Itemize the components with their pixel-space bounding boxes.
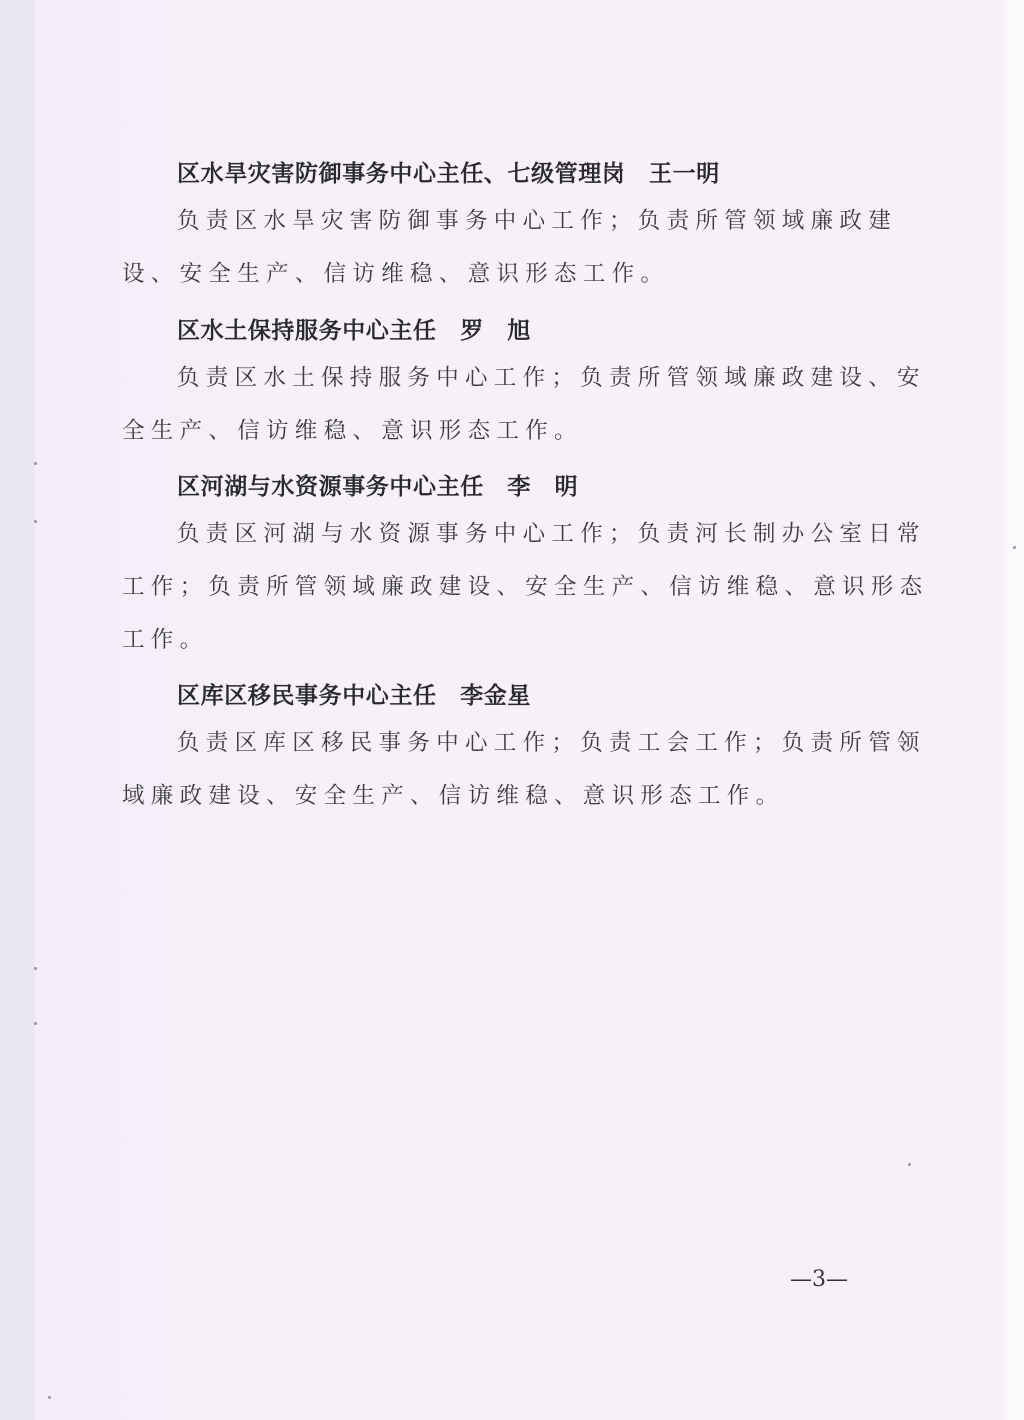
section-heading-resettlement: 区库区移民事务中心主任 李金星 [177, 677, 531, 710]
scan-speck [48, 1396, 51, 1399]
body-line: 负责区水土保持服务中心工作；负责所管领域廉政建设、安 [122, 352, 868, 405]
body-line: 工作。 [122, 614, 868, 667]
document-page: 区水旱灾害防御事务中心主任、七级管理岗 王一明 负责区水旱灾害防御事务中心工作；… [0, 0, 1024, 1420]
section-body-resettlement: 负责区库区移民事务中心工作；负责工会工作；负责所管领 域廉政建设、安全生产、信访… [122, 717, 868, 823]
scan-speck [1013, 546, 1016, 549]
body-line: 域廉政建设、安全生产、信访维稳、意识形态工作。 [122, 770, 868, 823]
body-line: 全生产、信访维稳、意识形态工作。 [122, 405, 868, 458]
section-heading-rivers-lakes: 区河湖与水资源事务中心主任 李 明 [177, 468, 578, 501]
section-body-flood-control: 负责区水旱灾害防御事务中心工作；负责所管领域廉政建 设、安全生产、信访维稳、意识… [122, 195, 868, 301]
body-line: 负责区河湖与水资源事务中心工作；负责河长制办公室日常 [122, 508, 868, 561]
scan-speck [908, 1163, 911, 1166]
body-line: 负责区库区移民事务中心工作；负责工会工作；负责所管领 [122, 717, 868, 770]
body-line: 负责区水旱灾害防御事务中心工作；负责所管领域廉政建 [122, 195, 868, 248]
scan-speck [34, 1022, 37, 1025]
page-number: —3— [790, 1267, 848, 1292]
section-heading-flood-control: 区水旱灾害防御事务中心主任、七级管理岗 王一明 [177, 155, 720, 188]
body-line: 设、安全生产、信访维稳、意识形态工作。 [122, 248, 868, 301]
section-heading-soil-conservation: 区水土保持服务中心主任 罗 旭 [177, 312, 531, 345]
body-line: 工作；负责所管领域廉政建设、安全生产、信访维稳、意识形态 [122, 561, 868, 614]
section-body-soil-conservation: 负责区水土保持服务中心工作；负责所管领域廉政建设、安 全生产、信访维稳、意识形态… [122, 352, 868, 458]
scan-speck [34, 462, 37, 465]
scan-speck [34, 520, 37, 523]
scan-speck [34, 967, 37, 970]
section-body-rivers-lakes: 负责区河湖与水资源事务中心工作；负责河长制办公室日常 工作；负责所管领域廉政建设… [122, 508, 868, 667]
